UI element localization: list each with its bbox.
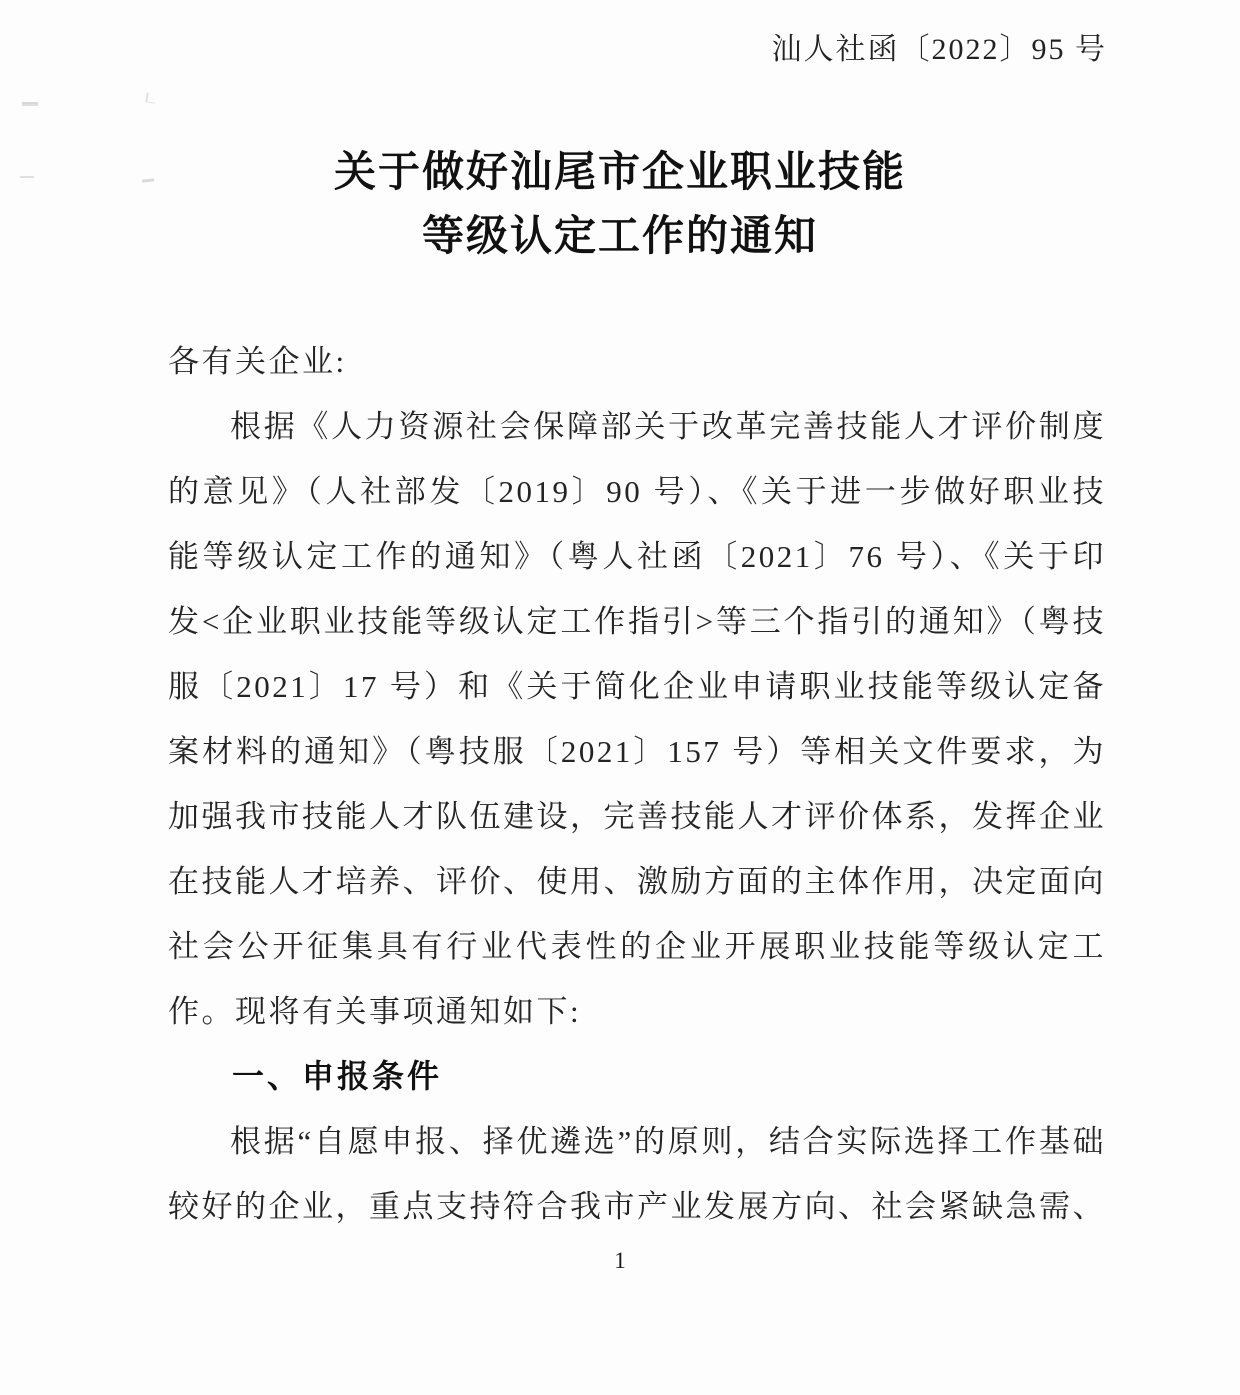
paragraph-conditions: 根据“自愿申报、择优遴选”的原则，结合实际选择工作基础较好的企业，重点支持符合我… bbox=[168, 1109, 1106, 1239]
document-reference-number: 汕人社函〔2022〕95 号 bbox=[772, 24, 1108, 68]
salutation: 各有关企业: bbox=[168, 329, 1106, 394]
document-body: 各有关企业: 根据《人力资源社会保障部关于改革完善技能人才评价制度的意见》（人社… bbox=[168, 329, 1106, 1239]
document-title: 关于做好汕尾市企业职业技能 等级认定工作的通知 bbox=[0, 140, 1240, 268]
scan-artifact bbox=[145, 92, 156, 103]
page-number: 1 bbox=[0, 1248, 1240, 1274]
section-heading-application-conditions: 一、申报条件 bbox=[168, 1044, 1106, 1109]
paragraph-intro: 根据《人力资源社会保障部关于改革完善技能人才评价制度的意见》（人社部发〔2019… bbox=[168, 394, 1106, 1044]
document-page: 汕人社函〔2022〕95 号 关于做好汕尾市企业职业技能 等级认定工作的通知 各… bbox=[0, 0, 1240, 1395]
title-line-1: 关于做好汕尾市企业职业技能 bbox=[334, 147, 906, 196]
title-line-2: 等级认定工作的通知 bbox=[422, 211, 818, 260]
scan-artifact bbox=[22, 102, 38, 106]
